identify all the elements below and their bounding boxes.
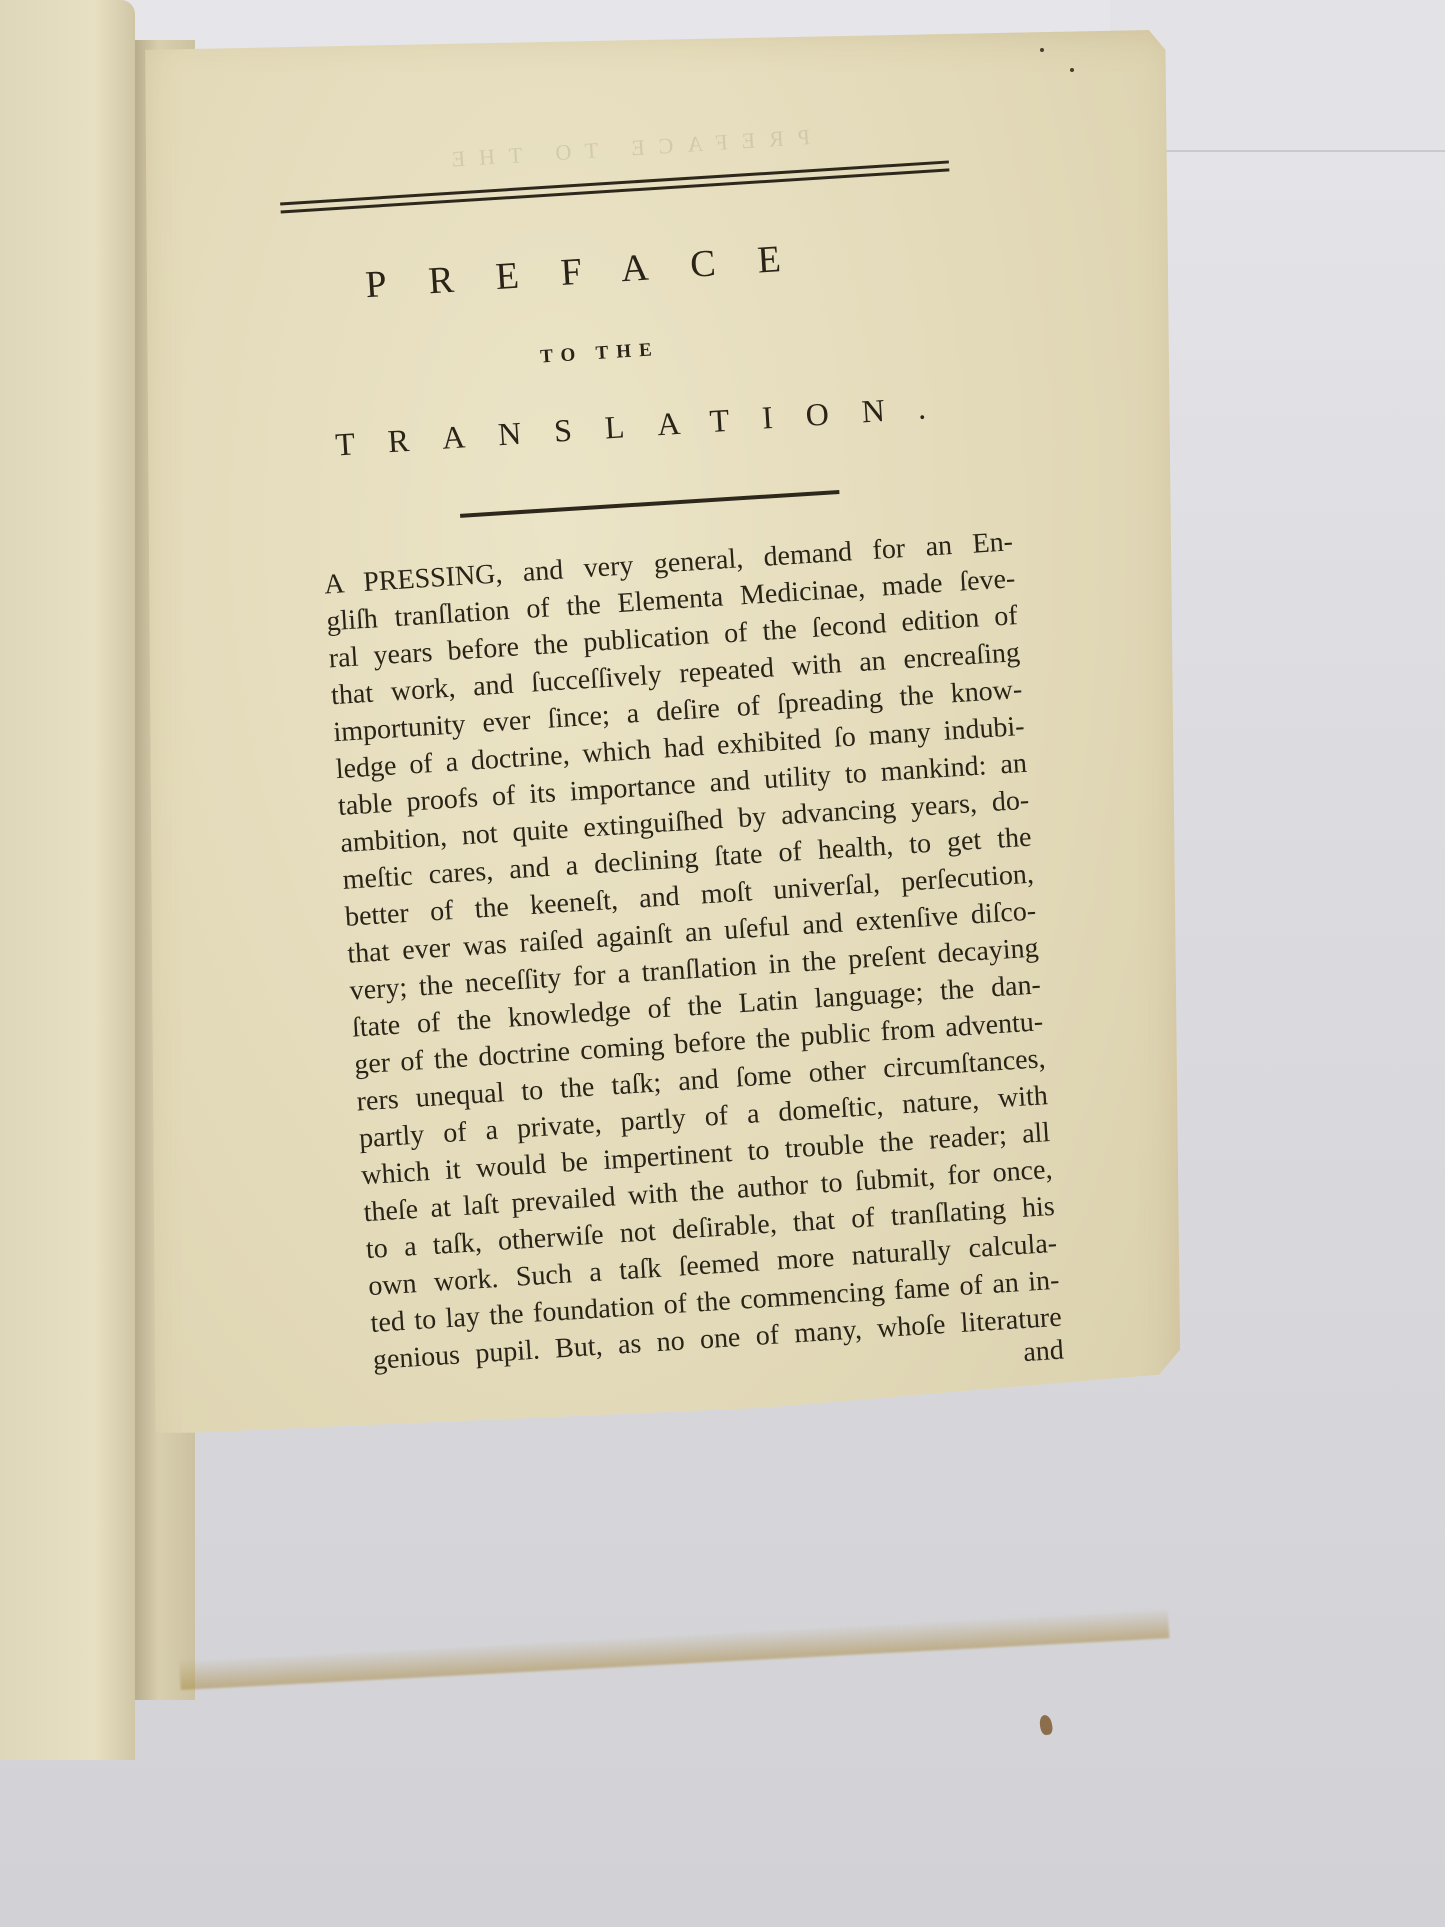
- ink-speck: [1070, 68, 1074, 72]
- page-bottom-edge-foxing: [179, 1608, 1169, 1690]
- facing-page-left: [0, 0, 135, 1760]
- ink-speck: [1040, 48, 1044, 52]
- page-text-block: PREFACE TO THE PREFACE TO THE TRANSLATIO…: [320, 155, 1115, 1411]
- heading-title: PREFACE: [364, 221, 1045, 308]
- paper-fragment: [1038, 1714, 1053, 1736]
- body-paragraph: A PRESSING, and very general, demand for…: [323, 523, 1065, 1412]
- single-rule-ornament: [460, 490, 840, 518]
- heading-subtitle: TO THE: [540, 314, 1050, 368]
- heading-title-2: TRANSLATION.: [334, 381, 1055, 463]
